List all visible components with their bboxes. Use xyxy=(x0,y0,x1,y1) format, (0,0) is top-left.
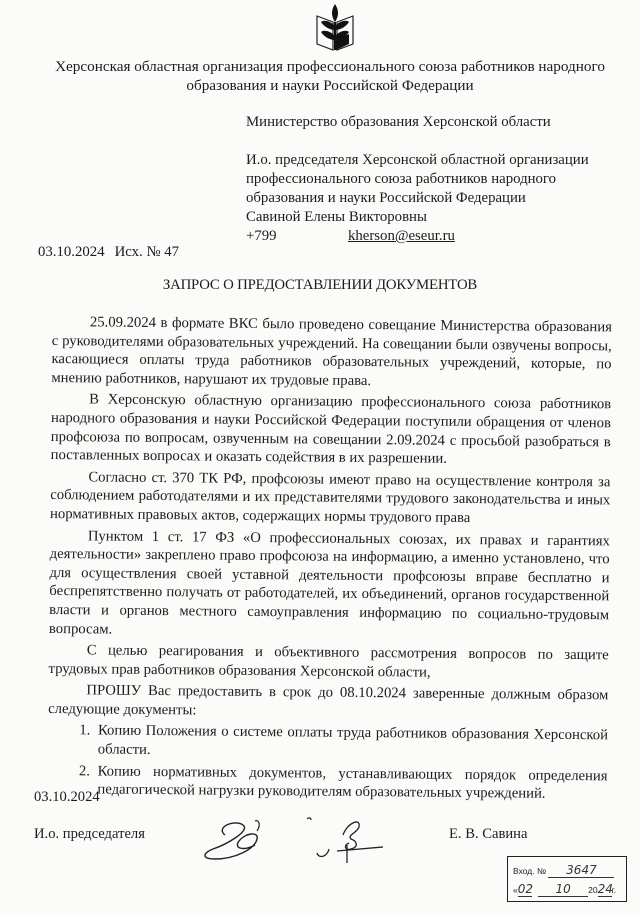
body-paragraph: С целью реагирования и объективного расс… xyxy=(48,641,608,684)
requested-document-item: Копию Положения о системе оплаты труда р… xyxy=(94,722,608,764)
incoming-registration-stamp: Вход. № 3647 «02 102024г. xyxy=(507,856,627,902)
stamp-year-prefix: 20 xyxy=(588,885,597,895)
recipient-ministry: Министерство образования Херсонской обла… xyxy=(246,113,636,132)
stamp-number-row: Вход. № 3647 xyxy=(513,863,614,878)
letter-page: Херсонская областная организация професс… xyxy=(0,0,640,915)
stamp-year: 24 xyxy=(598,882,612,897)
handwritten-signature-icon xyxy=(195,805,395,875)
outgoing-number: Исх. № 47 xyxy=(115,244,179,260)
org-name-line-2: образования и науки Российской Федерации xyxy=(20,76,640,95)
stamp-date-row: «02 102024г. xyxy=(513,882,621,897)
body-paragraph: 25.09.2024 в формате ВКС было проведено … xyxy=(51,313,612,393)
contact-line: +799kherson@eseur.ru xyxy=(246,227,636,246)
addressee-line: образования и науки Российской Федерации xyxy=(246,189,636,208)
addressee-line: И.о. председателя Херсонской областной о… xyxy=(246,151,636,170)
requested-document-item: Копию нормативных документов, устанавлив… xyxy=(93,762,607,804)
outgoing-date: 03.10.2024 xyxy=(38,244,105,260)
stamp-year-end: г. xyxy=(612,885,616,895)
body-paragraph: В Херсонскую областную организацию профе… xyxy=(51,390,612,470)
outgoing-reference: 03.10.2024Исх. № 47 xyxy=(38,244,179,261)
signer-name: Е. В. Савина xyxy=(449,826,527,843)
trade-union-emblem-icon xyxy=(313,2,357,54)
phone-number: +799 xyxy=(246,227,348,246)
stamp-month: 10 xyxy=(538,882,588,897)
signer-role: И.о. председателя xyxy=(34,826,145,843)
letter-body: 25.09.2024 в формате ВКС было проведено … xyxy=(47,313,612,807)
addressee-line: профессионального союза работников народ… xyxy=(246,170,636,189)
requested-documents-list: Копию Положения о системе оплаты труда р… xyxy=(47,721,608,804)
document-title: ЗАПРОС О ПРЕДОСТАВЛЕНИИ ДОКУМЕНТОВ xyxy=(0,277,640,294)
stamp-incoming-number: 3647 xyxy=(548,863,614,878)
stamp-label: Вход. № xyxy=(513,866,546,876)
body-paragraph: Согласно ст. 370 ТК РФ, профсоюзы имеют … xyxy=(50,468,611,529)
recipient-block: Министерство образования Херсонской обла… xyxy=(246,113,636,246)
request-paragraph: ПРОШУ Вас предоставить в срок до 08.10.2… xyxy=(48,681,608,724)
stamp-day: 02 xyxy=(518,882,532,897)
email-link[interactable]: kherson@eseur.ru xyxy=(348,228,455,244)
org-name-line-1: Херсонская областная организация професс… xyxy=(20,57,640,76)
addressee-name: Савиной Елены Викторовны xyxy=(246,208,636,227)
footer-date: 03.10.2024 xyxy=(34,789,100,806)
organization-header: Херсонская областная организация професс… xyxy=(20,57,640,95)
body-paragraph: Пунктом 1 ст. 17 ФЗ «О профессиональных … xyxy=(49,527,610,644)
